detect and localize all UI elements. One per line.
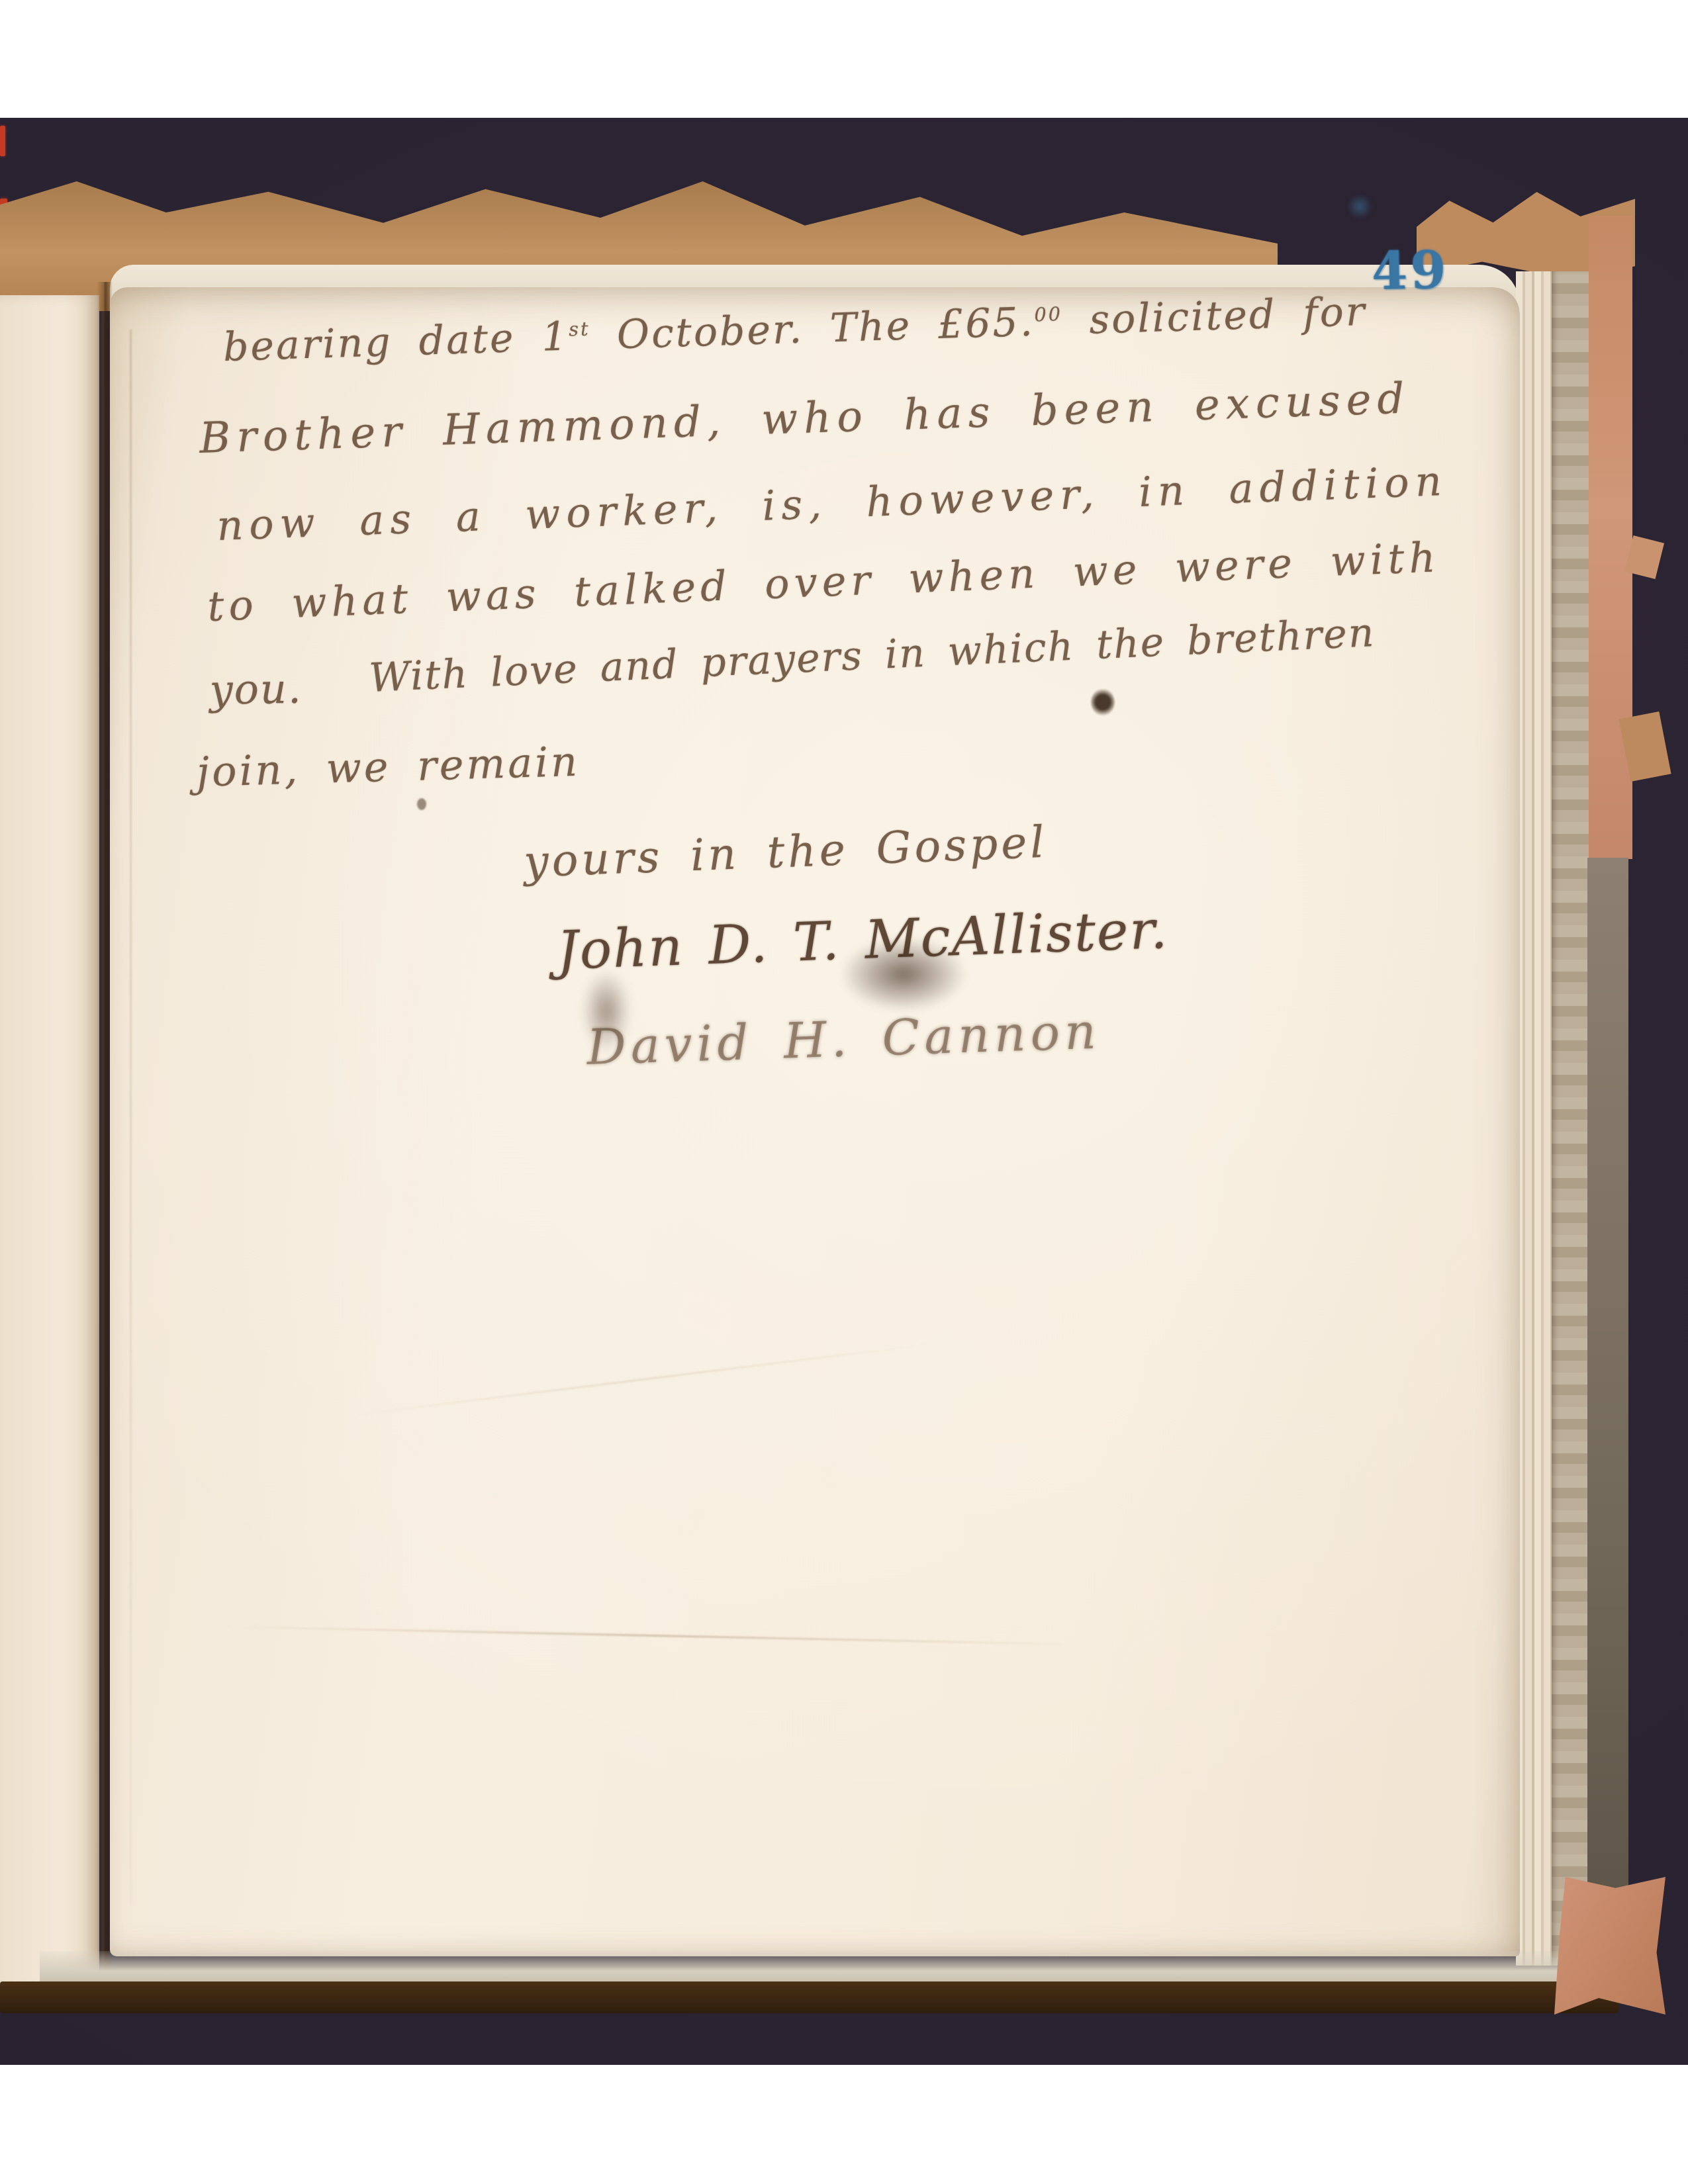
scan-margin-top	[0, 0, 1688, 118]
page-number-stamp: 49	[1371, 240, 1449, 302]
facing-page-edge	[0, 295, 99, 1989]
bottom-edge-shadow	[0, 1981, 1618, 2013]
ink-blot	[417, 798, 426, 810]
crease-line	[130, 330, 132, 1905]
amount-superscript: 00	[1034, 302, 1063, 326]
bottom-page-edges	[40, 1951, 1582, 1984]
red-edge-mark	[0, 126, 5, 156]
ink-blot	[583, 970, 630, 1052]
page-edge-stack	[1516, 271, 1556, 1966]
rough-page-edge	[1552, 271, 1591, 1966]
ordinal-superscript: st	[569, 318, 590, 341]
scan-margin-bottom	[0, 2065, 1688, 2184]
cover-edge-gray	[1587, 858, 1628, 1917]
stamp-bleed-mark	[1345, 196, 1374, 217]
line1-text: solicited for	[1062, 289, 1367, 344]
torn-corner-bottom-right	[1554, 1877, 1665, 2015]
handwriting-line-5: you.	[209, 664, 303, 714]
ink-blot	[841, 937, 966, 1011]
ink-blot	[1091, 688, 1115, 716]
cover-edge-salmon	[1589, 216, 1632, 859]
book-photo-backdrop: 49 bearing date 1st October. The £65.00 …	[0, 118, 1688, 2065]
